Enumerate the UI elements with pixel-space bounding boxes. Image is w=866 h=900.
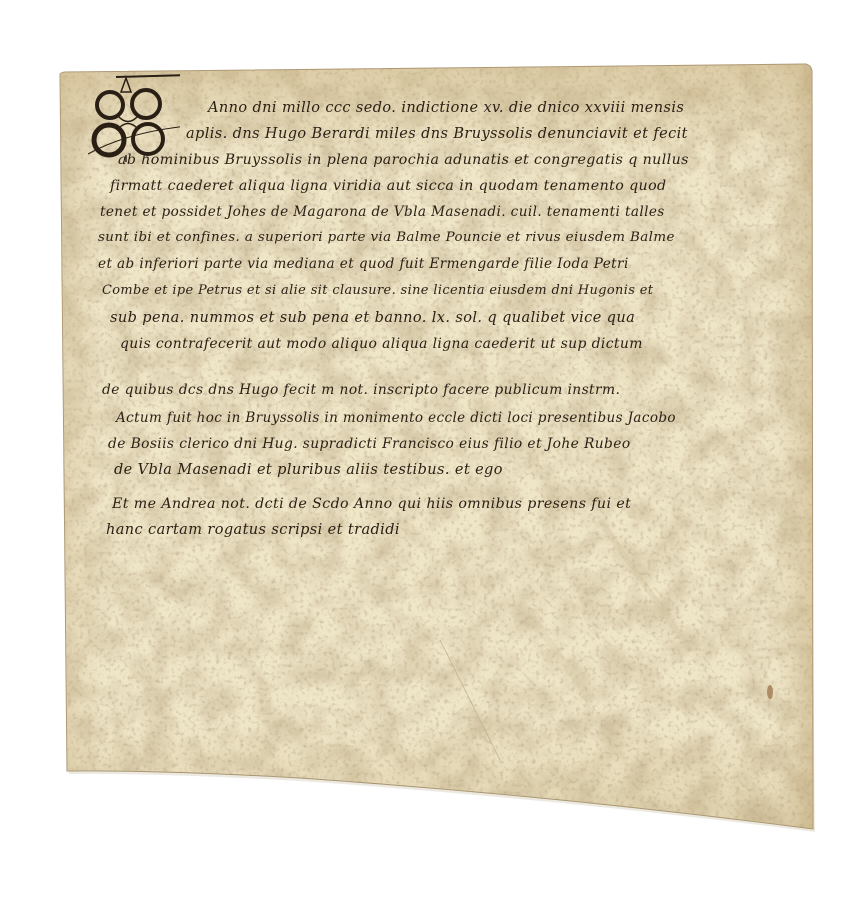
- charter-line-2: aplis. dns Hugo Berardi miles dns Bruyss…: [186, 126, 688, 142]
- charter-line-13: de Bosiis clerico dni Hug. supradicti Fr…: [108, 436, 631, 452]
- charter-line-4: firmatt caederet aliqua ligna viridia au…: [110, 178, 667, 194]
- notary-signum-icon: [88, 72, 180, 162]
- charter-line-16: hanc cartam rogatus scripsi et tradidi: [106, 522, 400, 538]
- charter-line-7: et ab inferiori parte via mediana et quo…: [98, 256, 629, 272]
- charter-line-11: de quibus dcs dns Hugo fecit m not. insc…: [102, 382, 620, 398]
- charter-line-10: quis contrafecerit aut modo aliquo aliqu…: [120, 336, 643, 352]
- charter-line-9: sub pena. nummos et sub pena et banno. l…: [110, 310, 635, 326]
- parchment-charter: Anno dni millo ccc sedo. indictione xv. …: [0, 0, 866, 900]
- charter-line-6: sunt ibi et confines. a superiori parte …: [98, 230, 675, 245]
- charter-line-5: tenet et possidet Johes de Magarona de V…: [100, 204, 665, 220]
- charter-line-8: Combe et ipe Petrus et si alie sit claus…: [102, 283, 653, 298]
- charter-line-1: Anno dni millo ccc sedo. indictione xv. …: [208, 100, 684, 116]
- charter-line-15: Et me Andrea not. dcti de Scdo Anno qui …: [112, 496, 631, 512]
- charter-line-3: ab hominibus Bruyssolis in plena parochi…: [118, 152, 689, 168]
- charter-line-14: de Vbla Masenadi et pluribus aliis testi…: [114, 462, 503, 478]
- charter-line-12: Actum fuit hoc in Bruyssolis in moniment…: [116, 410, 676, 426]
